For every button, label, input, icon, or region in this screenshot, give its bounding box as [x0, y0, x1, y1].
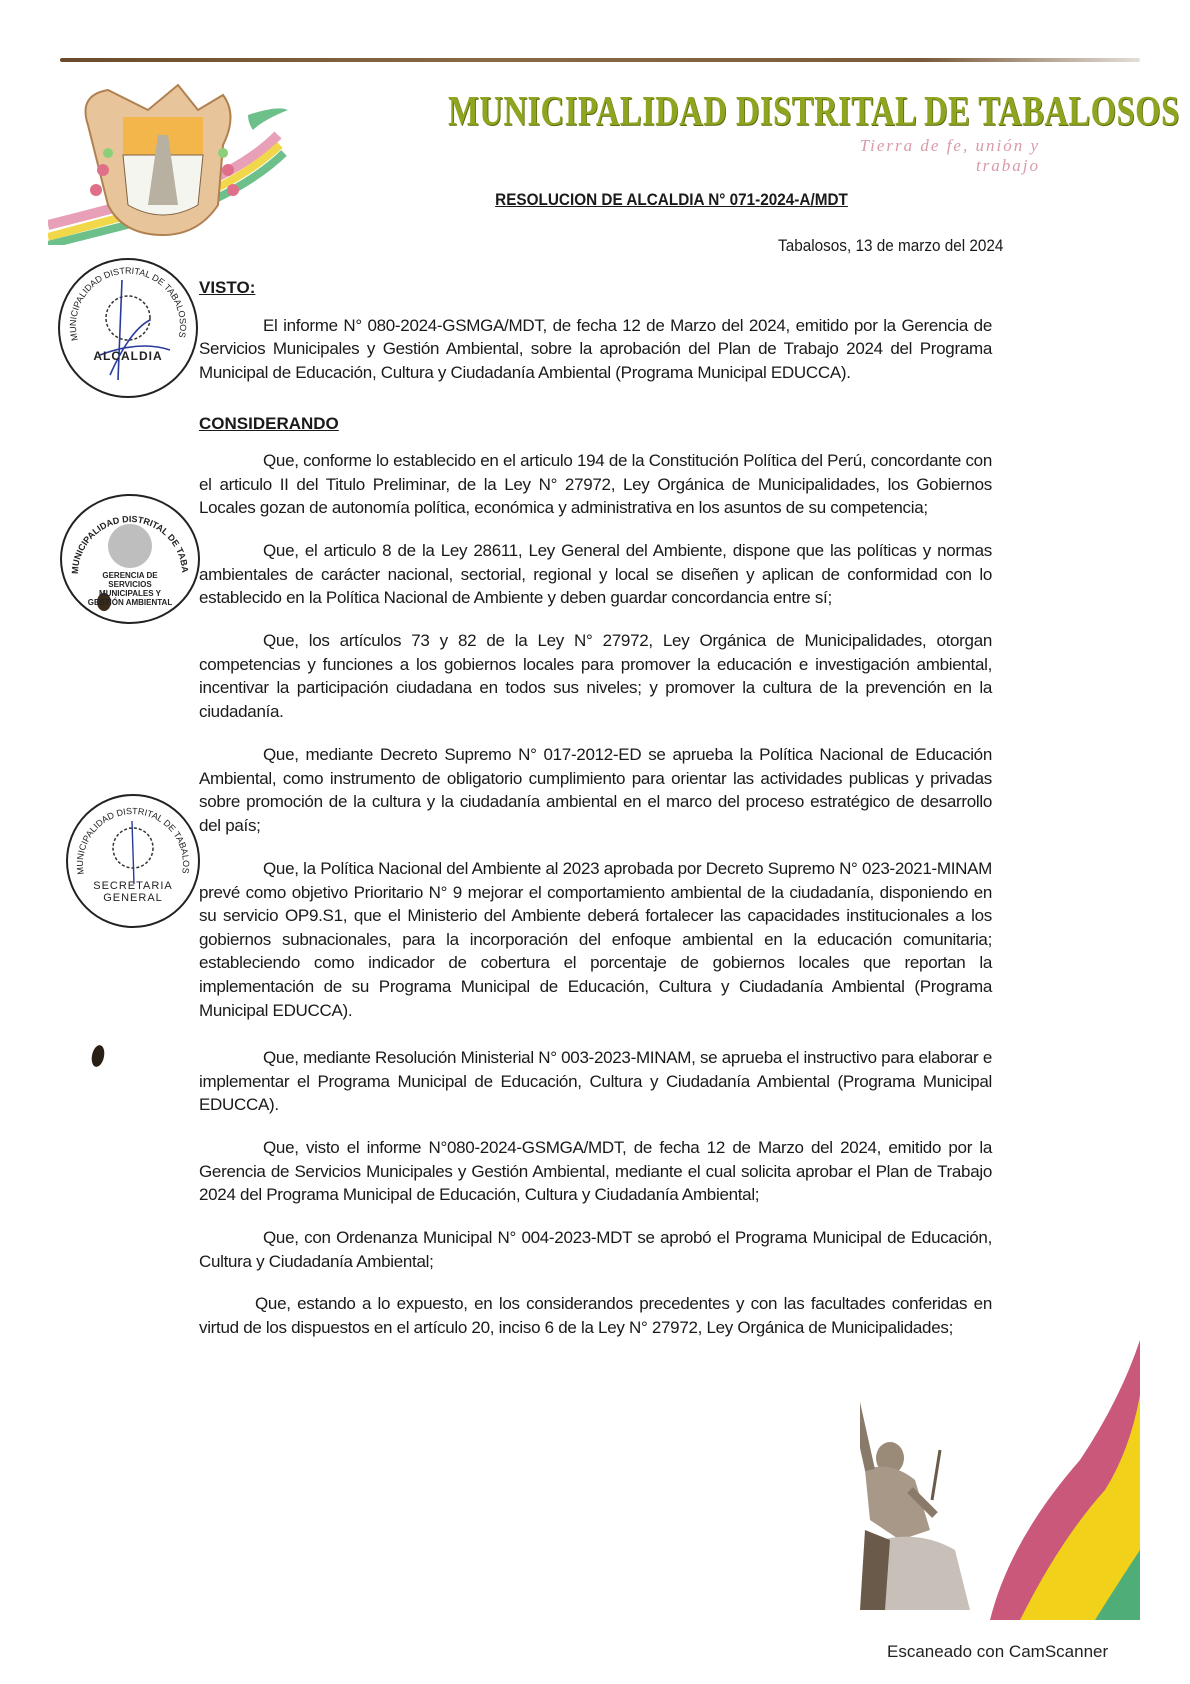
- considerando-item: Que, mediante Resolución Ministerial N° …: [199, 1046, 992, 1117]
- considerando-paragraph: Que, conforme lo establecido en el artic…: [199, 449, 992, 520]
- considerando-item: Que, mediante Decreto Supremo N° 017-201…: [199, 743, 992, 837]
- stamp-label: ALCALDIA: [60, 350, 196, 362]
- considerando-paragraph: Que, el articulo 8 de la Ley 28611, Ley …: [199, 539, 992, 610]
- header-top-rule: [60, 58, 1140, 62]
- considerando-paragraph: Que, con Ordenanza Municipal N° 004-2023…: [199, 1226, 992, 1273]
- considerando-item: Que, estando a lo expuesto, en los consi…: [199, 1292, 992, 1339]
- svg-text:MUNICIPALIDAD DISTRITAL DE TAB: MUNICIPALIDAD DISTRITAL DE TABALOSOS: [68, 796, 191, 875]
- visto-section: VISTO: El informe N° 080-2024-GSMGA/MDT,…: [199, 276, 992, 384]
- stamp-ring-text: MUNICIPALIDAD DISTRITAL DE TABALOSOS: [68, 796, 191, 875]
- considerando-item: Que, con Ordenanza Municipal N° 004-2023…: [199, 1226, 992, 1273]
- considerando-paragraph: Que, la Política Nacional del Ambiente a…: [199, 857, 992, 1022]
- considerando-heading: CONSIDERANDO: [199, 412, 992, 436]
- considerando-item: Que, visto el informe N°080-2024-GSMGA/M…: [199, 1136, 992, 1207]
- stamp-secretaria: MUNICIPALIDAD DISTRITAL DE TABALOSOS SEC…: [66, 794, 200, 928]
- stamp-alcaldia: MUNICIPALIDAD DISTRITAL DE TABALOSOS ALC…: [58, 258, 198, 398]
- considerando-paragraph: Que, mediante Decreto Supremo N° 017-201…: [199, 743, 992, 837]
- resolution-title-text: RESOLUCION DE ALCALDIA N° 071-2024-A/MDT: [342, 190, 848, 209]
- considerando-paragraph: Que, los artículos 73 y 82 de la Ley N° …: [199, 629, 992, 723]
- considerando-paragraph: Que, mediante Resolución Ministerial N° …: [199, 1046, 992, 1117]
- considerando-section: CONSIDERANDO: [199, 412, 992, 436]
- place-date: Tabalosos, 13 de marzo del 2024: [778, 236, 1003, 256]
- stamp-ring-icon: MUNICIPALIDAD DISTRITAL DE TABALOSOS: [68, 796, 198, 926]
- stamp-label: GERENCIA DE SERVICIOS MUNICIPALES Y GEST…: [62, 571, 198, 607]
- motto-line-2: trabajo: [680, 156, 1040, 176]
- stamp-ring-icon: MUNICIPALIDAD DISTRITAL DE TABALOSOS: [60, 260, 196, 396]
- svg-text:MUNICIPALIDAD DISTRITAL DE TAB: MUNICIPALIDAD DISTRITAL DE TABALOSOS: [68, 266, 188, 342]
- considerando-item: Que, los artículos 73 y 82 de la Ley N° …: [199, 629, 992, 723]
- municipal-crest-icon: [48, 75, 288, 245]
- motto-line-1: Tierra de fe, unión y: [680, 136, 1040, 156]
- visto-heading: VISTO:: [199, 276, 992, 300]
- considerando-item: Que, el articulo 8 de la Ley 28611, Ley …: [199, 539, 992, 610]
- considerando-paragraph: Que, visto el informe N°080-2024-GSMGA/M…: [199, 1136, 992, 1207]
- stamp-label: SECRETARIA GENERAL: [68, 880, 198, 904]
- camscanner-footer: Escaneado con CamScanner: [887, 1642, 1108, 1662]
- visto-paragraph: El informe N° 080-2024-GSMGA/MDT, de fec…: [199, 314, 992, 385]
- stamp-ring-text: MUNICIPALIDAD DISTRITAL DE TABALOSOS: [68, 266, 188, 342]
- stamp-gerencia: MUNICIPALIDAD DISTRITAL DE TABALOSOS GER…: [60, 494, 200, 624]
- resolution-title: RESOLUCION DE ALCALDIA N° 071-2024-A/MDT: [60, 190, 1131, 210]
- organization-motto: Tierra de fe, unión y trabajo: [680, 136, 1040, 176]
- considerando-paragraph: Que, estando a lo expuesto, en los consi…: [199, 1292, 992, 1339]
- organization-title: MUNICIPALIDAD DISTRITAL DE TABALOSOS: [448, 88, 1180, 136]
- considerando-item: Que, la Política Nacional del Ambiente a…: [199, 857, 992, 1022]
- footer-decoration-icon: [860, 1340, 1160, 1620]
- considerando-list: Que, conforme lo establecido en el artic…: [199, 449, 992, 520]
- ink-mark: [90, 1044, 106, 1068]
